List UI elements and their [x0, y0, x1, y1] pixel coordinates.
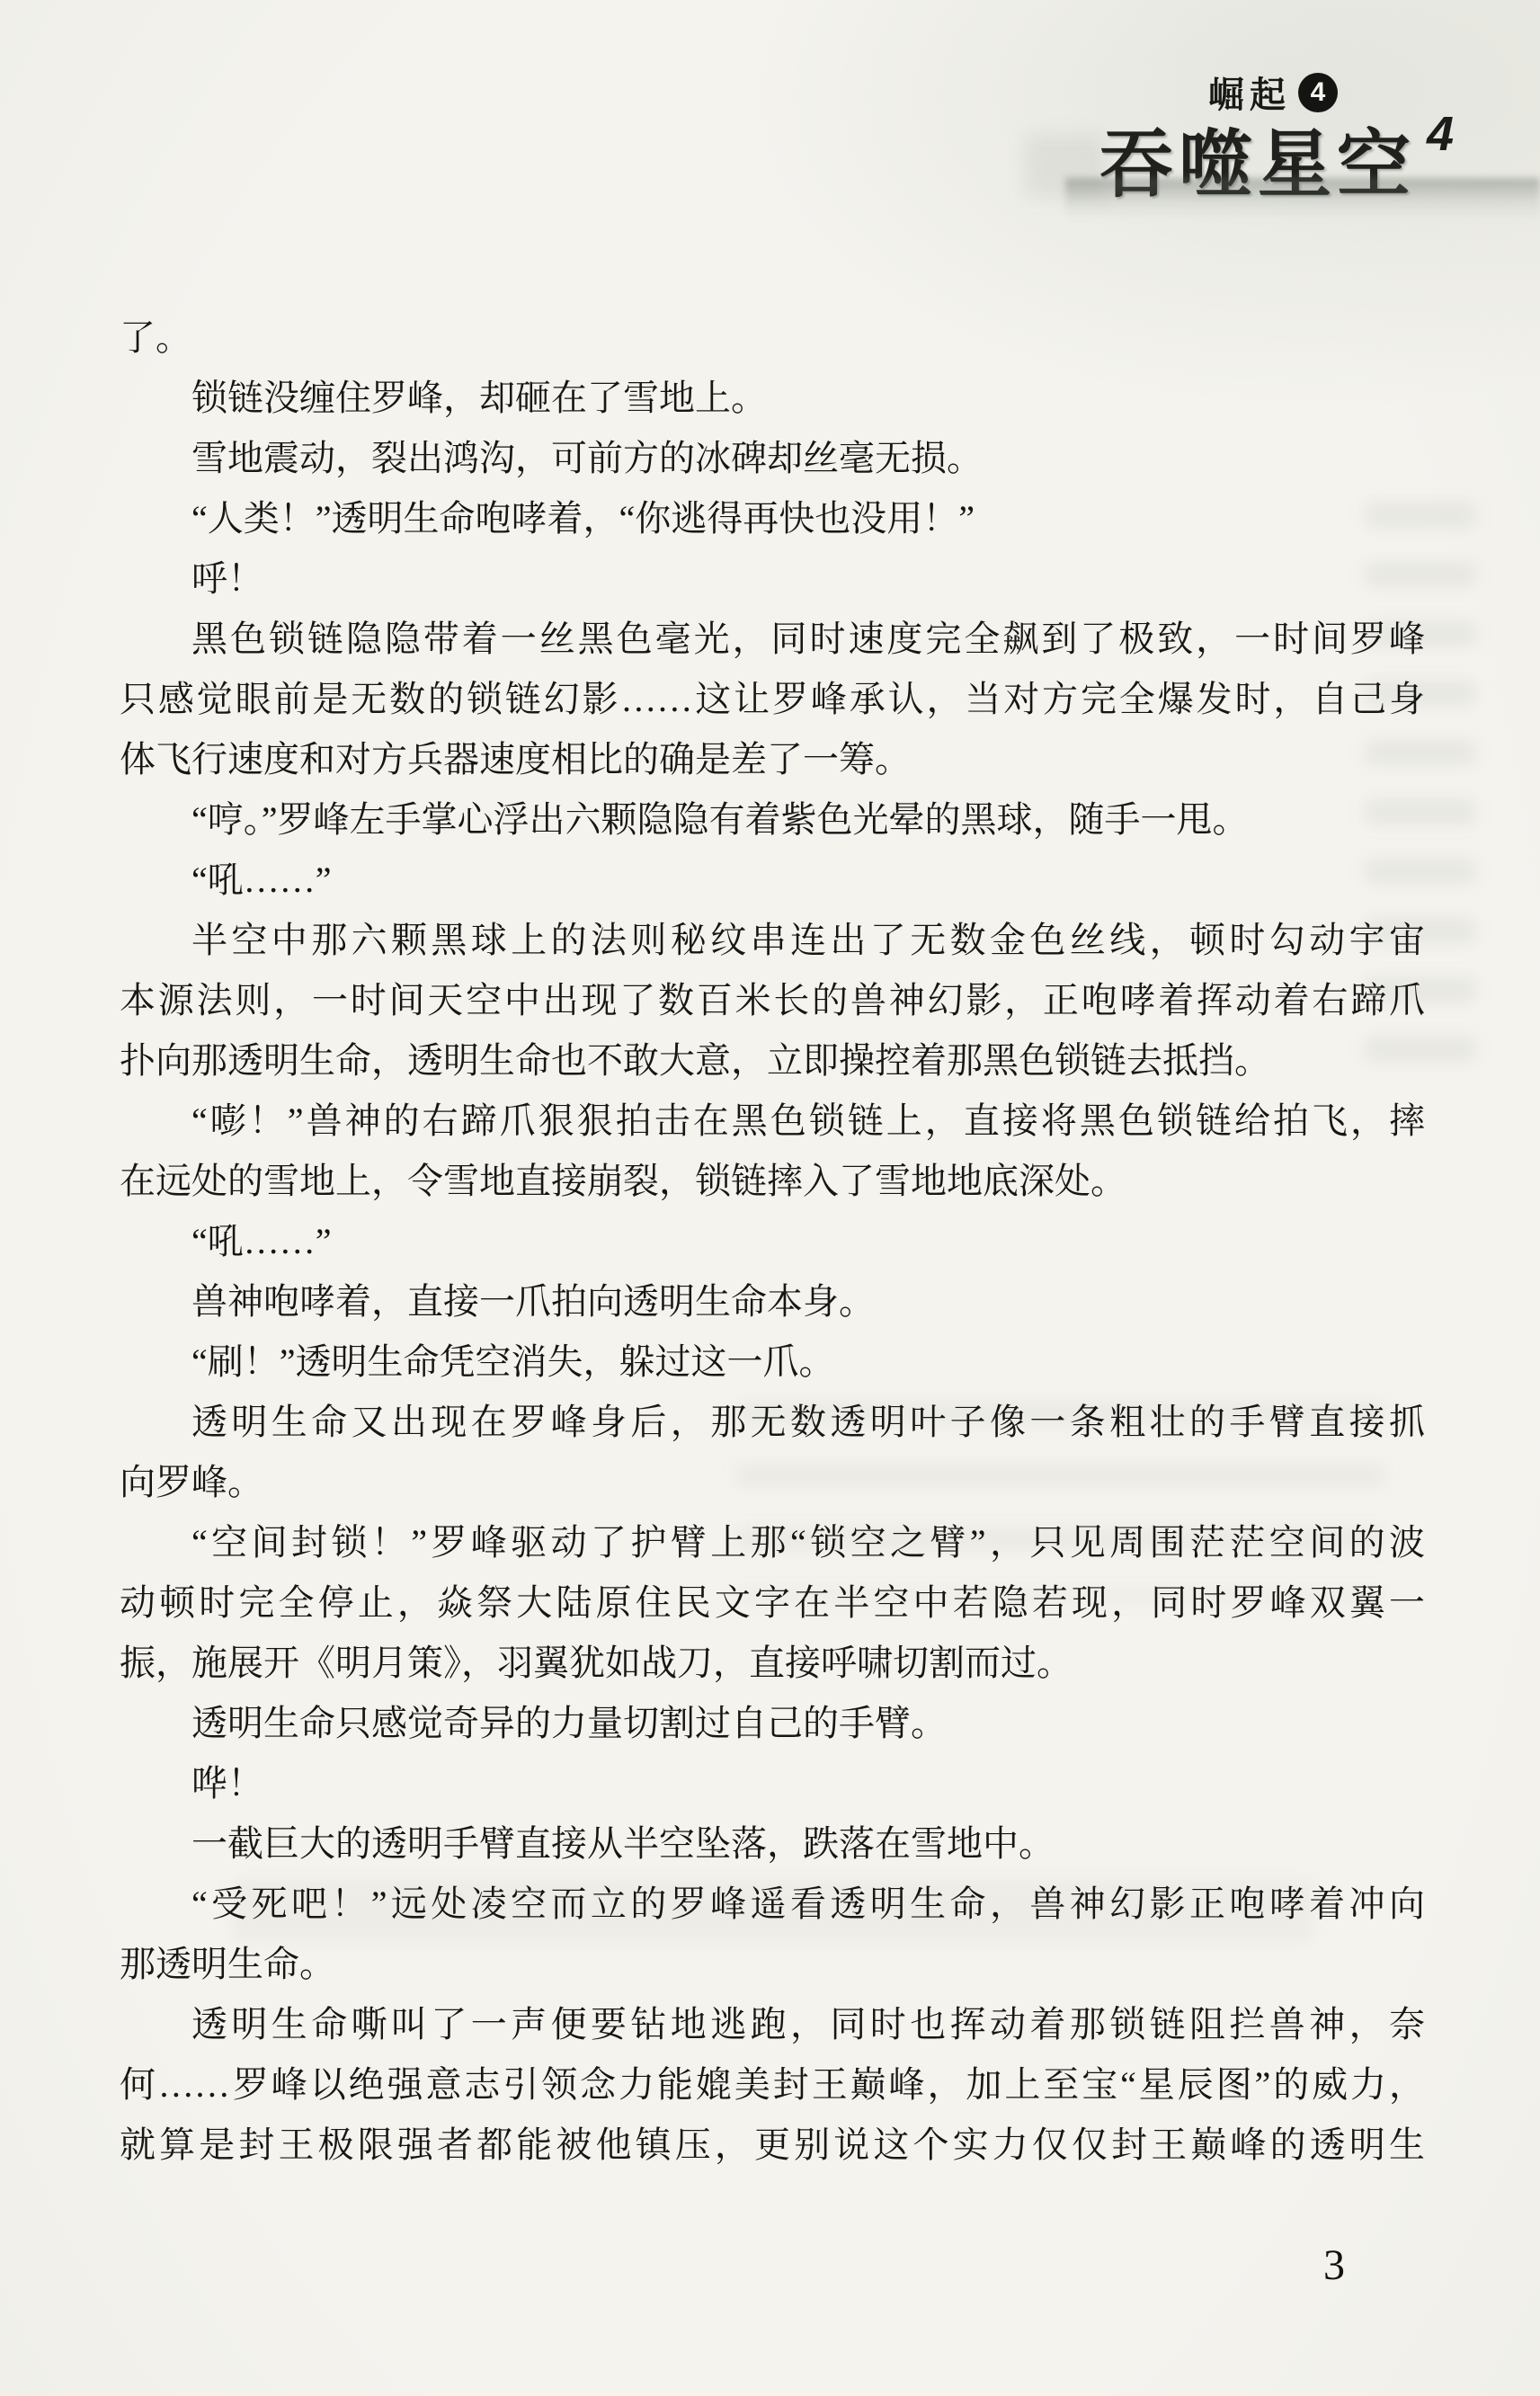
book-title: 吞噬星空: [1099, 106, 1416, 211]
text-line: 呼！: [120, 548, 1425, 609]
text-line: “嘭！”兽神的右蹄爪狠狠拍击在黑色锁链上，直接将黑色锁链给拍飞，摔: [120, 1091, 1425, 1151]
text-line: 振，施展开《明月策》，羽翼犹如战刀，直接呼啸切割而过。: [120, 1633, 1425, 1693]
text-line: 锁链没缠住罗峰，却砸在了雪地上。: [120, 368, 1425, 428]
text-line: “刷！”透明生命凭空消失，躲过这一爪。: [120, 1332, 1425, 1392]
text-line: 只感觉眼前是无数的锁链幻影……这让罗峰承认，当对方完全爆发时，自己身: [120, 669, 1425, 729]
text-line: “受死吧！”远处凌空而立的罗峰遥看透明生命，兽神幻影正咆哮着冲向: [120, 1874, 1425, 1934]
text-line: 体飞行速度和对方兵器速度相比的确是差了一筹。: [120, 729, 1425, 789]
text-line: 向罗峰。: [120, 1452, 1425, 1512]
text-line: 扑向那透明生命，透明生命也不敢大意，立即操控着那黑色锁链去抵挡。: [120, 1030, 1425, 1091]
text-line: 透明生命嘶叫了一声便要钻地逃跑，同时也挥动着那锁链阻拦兽神，奈: [120, 1994, 1425, 2054]
text-line: “哼。”罗峰左手掌心浮出六颗隐隐有着紫色光晕的黑球，随手一甩。: [120, 789, 1425, 850]
text-line: 哗！: [120, 1753, 1425, 1813]
text-line: 透明生命只感觉奇异的力量切割过自己的手臂。: [120, 1693, 1425, 1753]
text-line: 在远处的雪地上，令雪地直接崩裂，锁链摔入了雪地地底深处。: [120, 1151, 1425, 1211]
text-line: “吼……”: [120, 1211, 1425, 1271]
text-line: 就算是封王极限强者都能被他镇压，更别说这个实力仅仅封王巅峰的透明生: [120, 2115, 1425, 2175]
text-line: 那透明生命。: [120, 1934, 1425, 1994]
body-text: 了。锁链没缠住罗峰，却砸在了雪地上。雪地震动，裂出鸿沟，可前方的冰碑却丝毫无损。…: [120, 307, 1425, 2175]
text-line: 兽神咆哮着，直接一爪拍向透明生命本身。: [120, 1271, 1425, 1332]
text-line: “吼……”: [120, 850, 1425, 910]
text-line: “空间封锁！”罗峰驱动了护臂上那“锁空之臂”，只见周围茫茫空间的波: [120, 1512, 1425, 1572]
text-line: 黑色锁链隐隐带着一丝黑色毫光，同时速度完全飙到了极致，一时间罗峰: [120, 609, 1425, 669]
text-line: 动顿时完全停止，焱祭大陆原住民文字在半空中若隐若现，同时罗峰双翼一: [120, 1572, 1425, 1633]
text-line: 雪地震动，裂出鸿沟，可前方的冰碑却丝毫无损。: [120, 428, 1425, 488]
text-line: 本源法则，一时间天空中出现了数百米长的兽神幻影，正咆哮着挥动着右蹄爪: [120, 970, 1425, 1030]
text-line: 了。: [120, 307, 1425, 368]
text-line: 何……罗峰以绝强意志引领念力能媲美封王巅峰，加上至宝“星辰图”的威力，: [120, 2054, 1425, 2115]
book-title-superscript: 4: [1427, 106, 1454, 162]
text-line: 透明生命又出现在罗峰身后，那无数透明叶子像一条粗壮的手臂直接抓: [120, 1392, 1425, 1452]
text-line: 一截巨大的透明手臂直接从半空坠落，跌落在雪地中。: [120, 1813, 1425, 1874]
book-page: 崛起 4 吞噬星空 4 了。锁链没缠住罗峰，却砸在了雪地上。雪地震动，裂出鸿沟，…: [0, 0, 1540, 2396]
title-ink-smear: [1025, 135, 1106, 198]
text-line: “人类！”透明生命咆哮着，“你逃得再快也没用！”: [120, 488, 1425, 548]
page-number: 3: [1323, 2240, 1345, 2290]
text-line: 半空中那六颗黑球上的法则秘纹串连出了无数金色丝线，顿时勾动宇宙: [120, 910, 1425, 970]
